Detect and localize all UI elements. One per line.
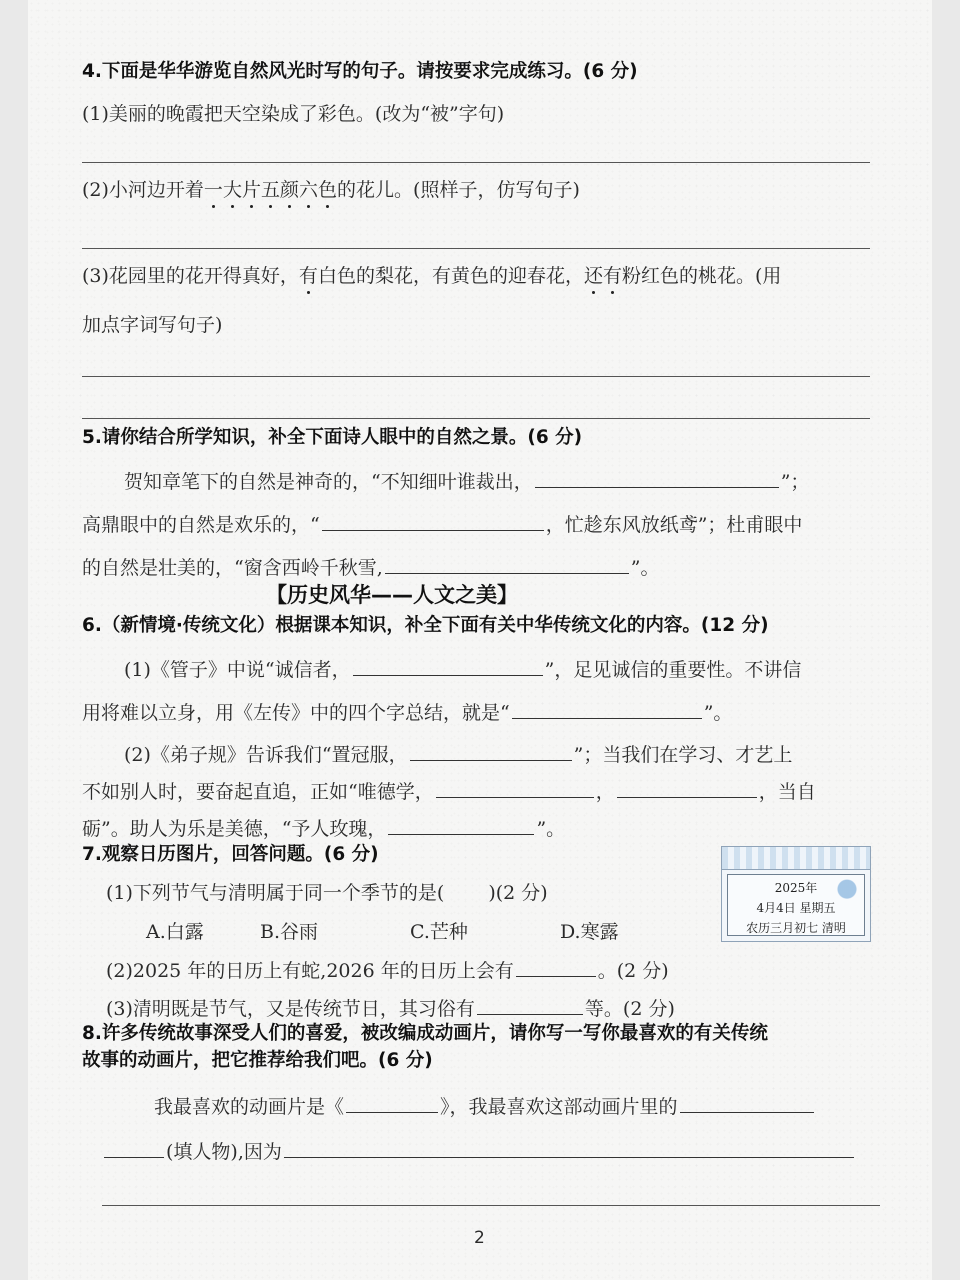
question-4-item-1: (1)美丽的晚霞把天空染成了彩色。(改为“被”字句)	[82, 102, 504, 126]
question-5-title: 5.请你结合所学知识，补全下面诗人眼中的自然之景。(6 分)	[82, 426, 582, 450]
question-4-item-3-line-2: 加点字词写句子)	[82, 313, 222, 337]
text: 粉红色的桃花。(用	[622, 265, 781, 287]
question-7-item-1: (1)下列节气与清明属于同一个季节的是()(2 分)	[106, 881, 548, 905]
question-6-line-3: (2)《弟子规》告诉我们“置冠服，”；当我们在学习、才艺上	[124, 742, 792, 767]
question-4-item-2: (2)小河边开着一大片五颜六色的花儿。(照样子，仿写句子)	[82, 178, 580, 202]
answer-line-4-3b[interactable]	[82, 418, 870, 419]
dotted-char: 六	[299, 179, 318, 201]
fill-blank-reason[interactable]	[284, 1139, 854, 1158]
text: (1)《管子》中说“诚信者，	[124, 659, 351, 681]
text: ”。	[536, 818, 565, 840]
text: (3)清明既是节气，又是传统节日，其习俗有	[106, 998, 475, 1020]
text: (2)2025 年的日历上有蛇,2026 年的日历上会有	[106, 960, 514, 982]
question-6-line-4: 不如别人时，要奋起直追，正如“唯德学，，，当自	[82, 779, 816, 804]
worksheet-page: 4.下面是华华游览自然风光时写的句子。请按要求完成练习。(6 分) (1)美丽的…	[28, 0, 932, 1280]
fill-blank[interactable]	[353, 657, 543, 676]
answer-line-4-3a[interactable]	[82, 376, 870, 377]
dotted-char: 片	[242, 179, 261, 201]
option-c[interactable]: C.芒种	[410, 920, 468, 944]
text: ，当自	[759, 781, 816, 803]
question-7-title: 7.观察日历图片，回答问题。(6 分)	[82, 843, 379, 867]
fill-blank-character[interactable]	[680, 1094, 814, 1113]
text: 等。(2 分)	[585, 998, 675, 1020]
dotted-char: 颜	[280, 179, 299, 201]
question-6-line-1: (1)《管子》中说“诚信者，”，足见诚信的重要性。不讲信	[124, 657, 801, 682]
text: 。(2 分)	[598, 960, 669, 982]
text: ，	[596, 781, 615, 803]
dotted-char: 还	[584, 265, 603, 287]
fill-blank[interactable]	[477, 996, 583, 1015]
dotted-char: 有	[603, 265, 622, 287]
section-heading: 【历史风华——人文之美】	[266, 583, 518, 607]
text: 白色的梨花，有黄色的迎春花，	[318, 265, 584, 287]
question-5-line-1: 贺知章笔下的自然是神奇的，“不知细叶谁裁出，”；	[124, 469, 809, 494]
question-8-title-line-1: 8.许多传统故事深受人们的喜爱，被改编成动画片，请你写一写你最喜欢的有关传统	[82, 1022, 768, 1046]
question-7-item-3: (3)清明既是节气，又是传统节日，其习俗有等。(2 分)	[106, 996, 675, 1021]
text: ”；	[781, 471, 810, 493]
option-b[interactable]: B.谷雨	[260, 920, 318, 944]
option-a[interactable]: A.白露	[146, 920, 204, 944]
answer-line-8[interactable]	[102, 1205, 880, 1206]
text: 不如别人时，要奋起直追，正如“唯德学，	[82, 781, 434, 803]
text: 贺知章笔下的自然是神奇的，“不知细叶谁裁出，	[124, 471, 533, 493]
text: 的自然是壮美的，“窗含西岭千秋雪,	[82, 557, 383, 579]
text: 砺”。助人为乐是美德，“予人玫瑰，	[82, 818, 386, 840]
calendar-image: 2025年 4月4日 星期五 农历三月初七 清明	[721, 846, 871, 942]
text: 用将难以立身，用《左传》中的四个字总结，就是“	[82, 702, 510, 724]
question-4-item-3: (3)花园里的花开得真好，有白色的梨花，有黄色的迎春花，还有粉红色的桃花。(用	[82, 264, 781, 288]
fill-blank[interactable]	[322, 512, 544, 531]
text: (2)小河边开着	[82, 179, 204, 201]
question-6-line-2: 用将难以立身，用《左传》中的四个字总结，就是“”。	[82, 700, 732, 725]
question-7-item-2: (2)2025 年的日历上有蛇,2026 年的日历上会有。(2 分)	[106, 958, 669, 983]
fill-blank[interactable]	[617, 779, 757, 798]
fill-blank[interactable]	[410, 742, 572, 761]
fill-blank-character-cont[interactable]	[104, 1139, 164, 1158]
question-8-line-2: (填人物),因为	[102, 1139, 856, 1164]
text: (填人物),因为	[166, 1141, 282, 1163]
page-number: 2	[474, 1226, 485, 1250]
calendar-lunar: 农历三月初七 清明	[722, 919, 870, 936]
dotted-char: 色	[318, 179, 337, 201]
calendar-stripes	[722, 847, 870, 870]
fill-blank[interactable]	[516, 958, 596, 977]
text: 高鼎眼中的自然是欢乐的，“	[82, 514, 320, 536]
question-6-title: 6.（新情境·传统文化）根据课本知识，补全下面有关中华传统文化的内容。(12 分…	[82, 614, 769, 638]
text: (1)下列节气与清明属于同一个季节的是(	[106, 882, 444, 904]
option-d[interactable]: D.寒露	[560, 920, 619, 944]
question-5-line-2: 高鼎眼中的自然是欢乐的，“，忙趁东风放纸鸢”；杜甫眼中	[82, 512, 802, 537]
text: ”。	[704, 702, 733, 724]
dotted-char: 一	[204, 179, 223, 201]
answer-line-4-1[interactable]	[82, 162, 870, 163]
question-4-title: 4.下面是华华游览自然风光时写的句子。请按要求完成练习。(6 分)	[82, 60, 638, 84]
fill-blank[interactable]	[436, 779, 594, 798]
fill-blank[interactable]	[388, 816, 534, 835]
fill-blank[interactable]	[512, 700, 702, 719]
question-5-line-3: 的自然是壮美的，“窗含西岭千秋雪,”。	[82, 555, 659, 580]
question-8-title-line-2: 故事的动画片，把它推荐给我们吧。(6 分)	[82, 1049, 433, 1073]
fill-blank[interactable]	[385, 555, 629, 574]
text: ”；当我们在学习、才艺上	[574, 744, 793, 766]
fill-blank[interactable]	[535, 469, 779, 488]
text: (3)花园里的花开得真好，	[82, 265, 299, 287]
text: 我最喜欢的动画片是《	[154, 1096, 344, 1118]
fill-blank-title[interactable]	[346, 1094, 438, 1113]
calendar-date: 4月4日 星期五	[722, 899, 870, 916]
dotted-char: 有	[299, 265, 318, 287]
answer-line-4-2[interactable]	[82, 248, 870, 249]
text: (2)《弟子规》告诉我们“置冠服，	[124, 744, 408, 766]
question-6-line-5: 砺”。助人为乐是美德，“予人玫瑰，”。	[82, 816, 565, 841]
text: )(2 分)	[488, 882, 547, 904]
text: ，忙趁东风放纸鸢”；杜甫眼中	[546, 514, 803, 536]
calendar-year: 2025年	[722, 879, 870, 896]
text: ”。	[631, 557, 660, 579]
text: ”，足见诚信的重要性。不讲信	[545, 659, 802, 681]
dotted-char: 大	[223, 179, 242, 201]
question-8-line-1: 我最喜欢的动画片是《》，我最喜欢这部动画片里的	[154, 1094, 816, 1119]
text: 》，我最喜欢这部动画片里的	[440, 1096, 678, 1118]
text: 的花儿。(照样子，仿写句子)	[337, 179, 580, 201]
dotted-char: 五	[261, 179, 280, 201]
